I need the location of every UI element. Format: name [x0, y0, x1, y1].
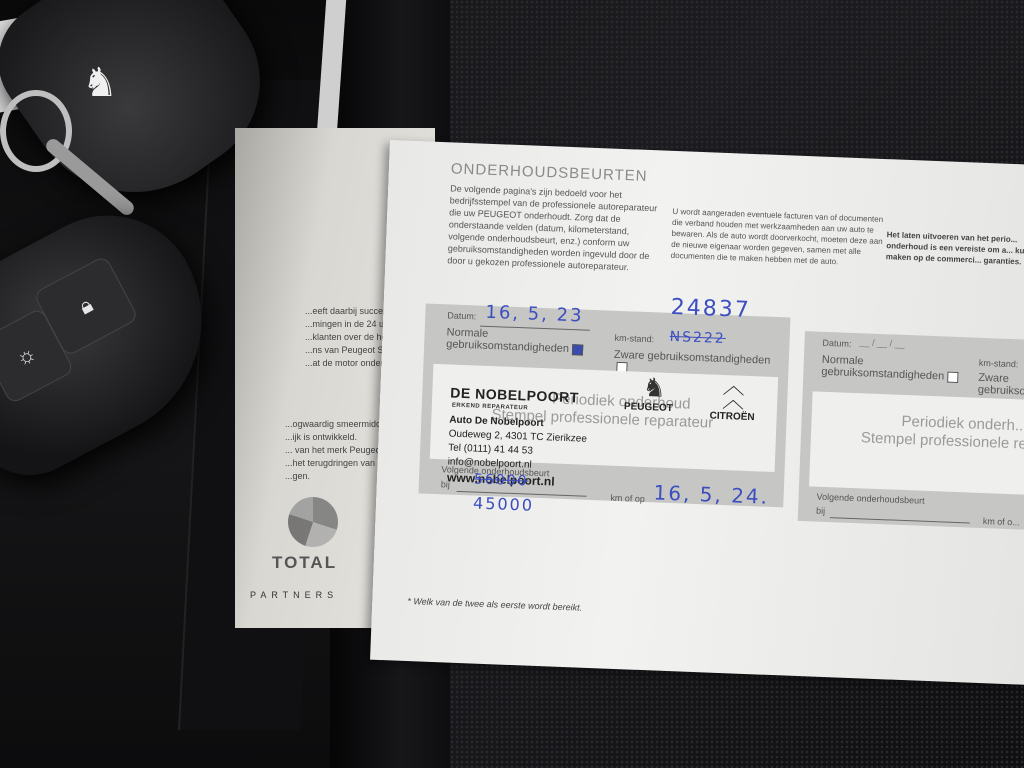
stamp-area: Periodiek onderh... Stempel professionel…: [809, 391, 1024, 496]
normale-text: Normale gebruiksomstandigheden: [446, 326, 569, 355]
stamp-area: Periodiek onderhoud Stempel professionel…: [430, 364, 778, 472]
next-date-value[interactable]: 16, 5, 24.: [653, 480, 769, 508]
service-entry-1: Datum: 16, 5, 23 km-stand: 24837 NS222 N…: [418, 303, 790, 507]
km-of-op-label: km of op: [610, 493, 645, 504]
km-stand-struck: NS222: [669, 329, 726, 347]
next-service-label: Volgende onderhoudsbeurt: [816, 492, 924, 506]
normale-checkbox[interactable]: [572, 344, 583, 355]
zware-label: Zware gebruiksomstandigheden: [978, 372, 1024, 399]
peugeot-lion-icon: ♞: [642, 372, 666, 404]
normale-label: Normale gebruiksomstandigheden: [446, 326, 597, 356]
page-title: ONDERHOUDSBEURTEN: [451, 160, 648, 185]
datum-value[interactable]: __ / __ / __: [859, 337, 904, 349]
km-stand-label: km-stand:: [979, 358, 1019, 370]
bij-label: bij: [816, 506, 825, 516]
brand-peugeot: PEUGEOT: [624, 401, 673, 414]
stamp-sub: ERKEND REPARATEUR: [452, 403, 528, 412]
citroen-chevron-icon: ︿︿: [722, 379, 745, 408]
stamp-phone: Tel (0111) 41 44 53: [448, 442, 533, 456]
booklet-right-page: ONDERHOUDSBEURTEN De volgende pagina's z…: [370, 140, 1024, 685]
footnote: * Welk van de twee als eerste wordt bere…: [407, 596, 582, 613]
total-logo-icon: [288, 497, 338, 547]
intro-text: De volgende pagina's zijn bedoeld voor h…: [447, 182, 665, 274]
km-stand-value[interactable]: 24837: [670, 295, 751, 323]
normale-checkbox[interactable]: [947, 371, 958, 382]
intro-text-2: U wordt aangeraden eventuele facturen va…: [671, 206, 888, 269]
datum-label: Datum:: [447, 310, 476, 321]
normale-label: Normale gebruiksomstandigheden: [821, 354, 972, 384]
next-km-value[interactable]: 45000: [473, 493, 535, 514]
stamp-company: Auto De Nobelpoort: [449, 414, 544, 429]
bij-label: bij: [441, 479, 450, 489]
next-km-struck: 56000: [474, 471, 529, 489]
total-partners-label: PARTNERS: [250, 590, 338, 600]
brand-citroen: CITROËN: [709, 410, 754, 423]
km-of-op-label: km of o...: [983, 516, 1020, 527]
peugeot-lion-icon: ♞: [82, 60, 118, 106]
km-stand-label: km-stand:: [614, 333, 654, 345]
normale-text: Normale gebruiksomstandigheden: [821, 354, 944, 383]
service-entry-2: Datum: __ / __ / __ km-stand: Normale ge…: [798, 331, 1024, 531]
datum-label: Datum:: [822, 338, 851, 349]
total-logo-word: TOTAL: [272, 553, 337, 573]
intro-text-3: Het laten uitvoeren van het perio... ond…: [886, 229, 1024, 269]
datum-value[interactable]: 16, 5, 23: [485, 302, 584, 327]
zware-text: Zware gebruiksomstandigheden: [614, 349, 771, 367]
